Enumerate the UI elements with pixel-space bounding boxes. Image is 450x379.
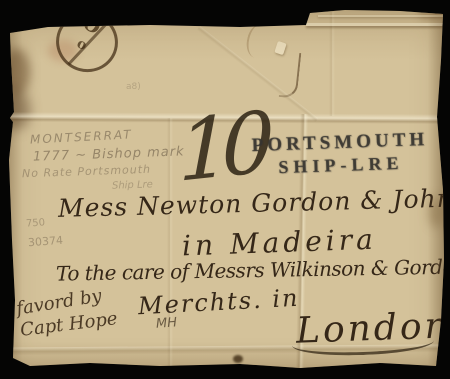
pencil-corner-note: a8): [126, 82, 141, 92]
address-line-care-of: To the care of Messrs Wilkinson & Gordon: [56, 254, 450, 285]
folded-letter-paper: O o 10 PORTSMOUTH SHIP-LRE Mess Newton G…: [0, 0, 450, 379]
address-line-merchants: Merchts. in: [137, 284, 300, 320]
edge-stain: [0, 90, 30, 130]
paper-tear-mark: [279, 51, 302, 99]
edge-stain: [2, 48, 30, 96]
bishop-mark-circular-datestamp: O o: [49, 5, 124, 79]
stacked-fold-edge: [306, 23, 443, 26]
pencil-number: 30374: [28, 234, 64, 249]
portsmouth-ship-letter-handstamp: PORTSMOUTH SHIP-LRE: [251, 129, 429, 179]
pencil-initials: MH: [156, 315, 178, 331]
photograph-of-postal-cover: O o 10 PORTSMOUTH SHIP-LRE Mess Newton G…: [0, 0, 450, 379]
underline-flourish: [292, 336, 435, 358]
pencil-note-ship: Ship Lre: [112, 179, 153, 191]
bottom-spot: [233, 355, 243, 363]
pencil-note-year: 1777 ~ Bishop mark: [33, 144, 185, 164]
ink-show-through: [244, 22, 273, 60]
bishop-mark-divider: [67, 18, 111, 65]
pencil-note-rate: No Rate Portsmouth: [22, 163, 151, 180]
handstamp-ship-letter-line: SHIP-LRE: [278, 152, 429, 178]
corner-stain: [418, 6, 444, 20]
pencil-number: 750: [26, 217, 46, 229]
vertical-fold-crease: [329, 12, 335, 116]
stacked-fold-edge: [318, 15, 443, 17]
bishop-mark-top-letter: O: [79, 12, 104, 39]
pencil-note-origin: MONTSERRAT: [30, 127, 133, 146]
